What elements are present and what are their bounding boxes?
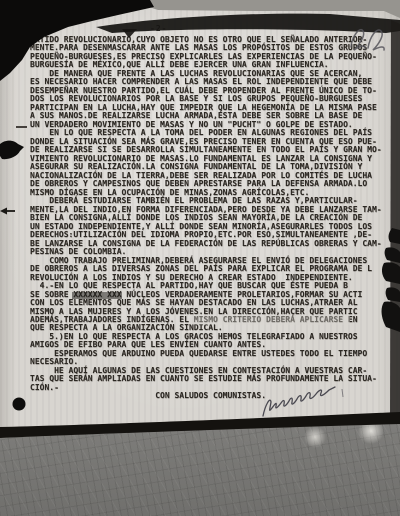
typewritten-line: ESPERAMOS QUE ARDUINO PUEDA QUEDARSE ENT… — [30, 350, 395, 358]
typewritten-line: CON SALUDOS COMUNISTAS. — [30, 392, 395, 400]
page-number: -2- — [150, 24, 167, 33]
typewritten-text-block: ARTIDO REVOLUCIONARIO,CUYO OBJETO NO ES … — [30, 36, 395, 401]
typewritten-line: TAS QUE SERÁN AMPLIADAS EN CUANTO SE EST… — [30, 375, 395, 383]
scanned-document-view: -2- ARTIDO REVOLUCIONARIO,CUYO OBJETO NO… — [0, 0, 400, 516]
